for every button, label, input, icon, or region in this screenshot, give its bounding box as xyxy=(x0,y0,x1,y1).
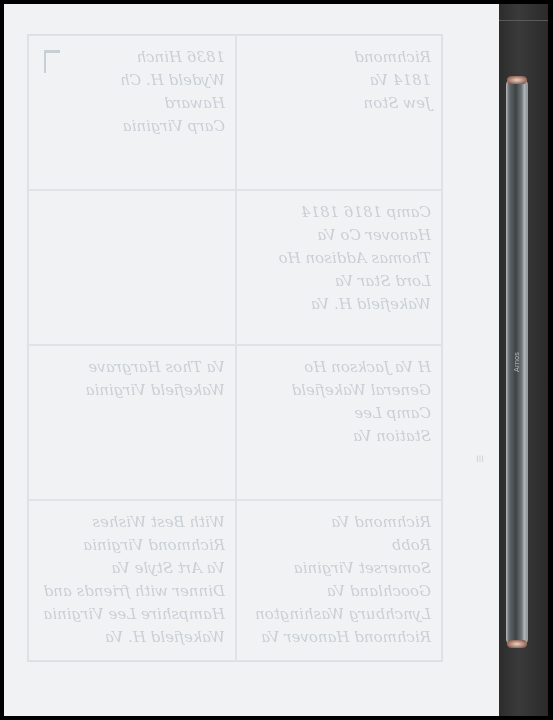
margin-mark: III xyxy=(476,455,484,465)
handwritten-line: 1836 Hinch xyxy=(39,46,225,69)
handwritten-line: Camp 1816 1814 xyxy=(247,201,431,224)
card-row3-left: Va Thos Hargrave Wakefield Virginia xyxy=(28,345,236,500)
handwritten-line: Wakefield H. Va xyxy=(247,293,431,316)
card-row1-left: 1836 Hinch Wydeld H. Ch Haward Carp Virg… xyxy=(28,35,236,190)
binding-cap-bottom xyxy=(507,640,527,648)
handwritten-line: Thomas Addison Ho xyxy=(247,247,431,270)
card-row2-left xyxy=(28,190,236,345)
handwritten-line: Richmond Va xyxy=(247,511,431,534)
handwritten-line: Camp Lee xyxy=(247,402,431,425)
handwritten-line: Goochland Va xyxy=(247,580,431,603)
handwritten-line: Dinner with friends and xyxy=(39,580,225,603)
handwritten-line: Hampshire Lee Virginia xyxy=(39,603,225,626)
handwritten-line: With Best Wishes xyxy=(39,511,225,534)
handwritten-line: Jew Ston xyxy=(247,92,431,115)
spine-brand-label: Arnos xyxy=(513,352,521,372)
handwritten-line: Haward xyxy=(39,92,225,115)
card-grid: 1836 Hinch Wydeld H. Ch Haward Carp Virg… xyxy=(27,34,443,662)
handwritten-line: Richmond xyxy=(247,46,431,69)
spine-edge xyxy=(499,20,548,21)
handwritten-line: General Wakefield xyxy=(247,379,431,402)
handwritten-line: Va Thos Hargrave xyxy=(39,356,225,379)
card-row1-right: Richmond 1814 Va Jew Ston xyxy=(236,35,442,190)
card-row4-left: With Best Wishes Richmond Virginia Va Ar… xyxy=(28,500,236,661)
handwritten-line: Wakefield Virginia xyxy=(39,379,225,402)
handwritten-line: Carp Virginia xyxy=(39,115,225,138)
handwritten-line: Wakefield H. Va xyxy=(39,626,225,649)
binding-cap-top xyxy=(507,76,527,84)
handwritten-line: Wydeld H. Ch xyxy=(39,69,225,92)
handwritten-line: Richmond Virginia xyxy=(39,534,225,557)
card-row4-right: Richmond Va Robb Somerset Virginia Gooch… xyxy=(236,500,442,661)
card-row3-right: H Va Jackson Ho General Wakefield Camp L… xyxy=(236,345,442,500)
handwritten-line: Somerset Virginia xyxy=(247,557,431,580)
handwritten-line: Hanover Co Va xyxy=(247,224,431,247)
card-row2-right: Camp 1816 1814 Hanover Co Va Thomas Addi… xyxy=(236,190,442,345)
spine-brand: Arnos xyxy=(502,332,532,392)
handwritten-line: Richmond Hanover Va xyxy=(247,626,431,649)
handwritten-line: 1814 Va xyxy=(247,69,431,92)
handwritten-line: Va Art Style Va xyxy=(39,557,225,580)
handwritten-line: H Va Jackson Ho xyxy=(247,356,431,379)
handwritten-line: Station Va xyxy=(247,425,431,448)
handwritten-line: Lord Star Va xyxy=(247,270,431,293)
handwritten-line: Lynchburg Washington xyxy=(247,603,431,626)
handwritten-line: Robb xyxy=(247,534,431,557)
